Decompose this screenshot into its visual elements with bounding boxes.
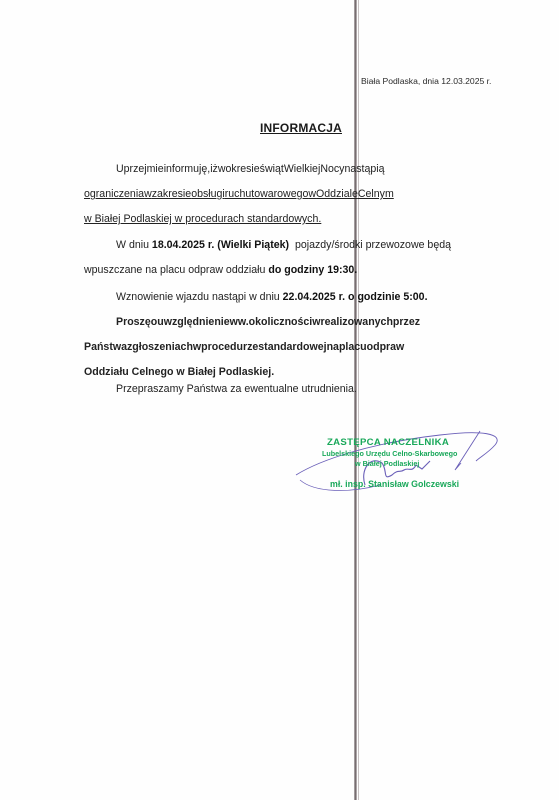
paragraph1-line1: Uprzejmieinformuję,iżwokresieświątWielki…	[84, 157, 487, 182]
word: Wielkiej	[284, 163, 321, 175]
document-title: INFORMACJA	[0, 121, 559, 135]
closing-time: do godziny 19:30.	[268, 264, 357, 276]
paragraph5-line1: Przepraszamy Państwa za ewentualne utrud…	[84, 377, 487, 402]
word: realizowanych	[321, 316, 393, 328]
document-page: Biała Podlaska, dnia 12.03.2025 r. INFOR…	[0, 0, 559, 800]
word: informuję,	[164, 163, 211, 175]
stamp-organization: Lubelskiego Urzędu Celno-Skarbowego	[322, 449, 457, 458]
word: ruchu	[225, 188, 252, 200]
stamp-city: w Białej Podlaskiej	[355, 459, 419, 468]
paragraph1-line3: w Białej Podlaskiej w procedurach standa…	[84, 207, 321, 232]
word: Państwa	[84, 341, 127, 353]
paragraph-friday-hours: W dniu 18.04.2025 r. (Wielki Piątek) poj…	[84, 233, 487, 283]
friday-date: 18.04.2025 r. (Wielki Piątek)	[152, 239, 289, 251]
paragraph1-line2: ograniczeniawzakresieobsługiruchutowarow…	[84, 182, 487, 207]
word: Celnym	[358, 188, 394, 200]
word: zgłoszeniach	[127, 341, 193, 353]
word: placu	[339, 341, 367, 353]
word: nastąpią	[344, 163, 384, 175]
word: obsługi	[191, 188, 225, 200]
paragraph-request: Proszęouwzględnienieww.okolicznościwreal…	[84, 310, 487, 385]
word: standardowej	[258, 341, 326, 353]
word: przez	[393, 316, 420, 328]
paragraph-resumption: Wznowienie wjazdu nastąpi w dniu 22.04.2…	[84, 285, 487, 310]
paragraph3-line1: Wznowienie wjazdu nastąpi w dniu 22.04.2…	[84, 285, 487, 310]
word: w	[218, 163, 226, 175]
paragraph2-line1: W dniu 18.04.2025 r. (Wielki Piątek) poj…	[84, 233, 487, 258]
word: okresie	[226, 163, 260, 175]
place-date: Biała Podlaska, dnia 12.03.2025 r.	[361, 76, 491, 86]
paragraph-easter-restrictions: Uprzejmieinformuję,iżwokresieświątWielki…	[84, 157, 487, 232]
word: procedurze	[201, 341, 258, 353]
word: na	[327, 341, 339, 353]
word: towarowego	[251, 188, 308, 200]
word: okoliczności	[249, 316, 313, 328]
word: ww.	[230, 316, 249, 328]
word: iż	[210, 163, 218, 175]
paragraph2-line2: wpuszczane na placu odpraw oddziału do g…	[84, 258, 487, 283]
word: Proszę	[116, 316, 151, 328]
word: w	[144, 188, 152, 200]
resumption-datetime: 22.04.2025 r. o godzinie 5:00.	[283, 291, 428, 303]
paragraph4-line1: Proszęouwzględnienieww.okolicznościwreal…	[84, 310, 487, 335]
word: zakresie	[152, 188, 191, 200]
word: w	[308, 188, 316, 200]
word: ograniczenia	[84, 188, 144, 200]
word: Oddziale	[316, 188, 358, 200]
word: świąt	[260, 163, 284, 175]
word: w	[193, 341, 201, 353]
word: odpraw	[367, 341, 405, 353]
word: Nocy	[320, 163, 344, 175]
paragraph4-line2: Państwazgłoszeniachwprocedurzestandardow…	[84, 335, 487, 360]
paragraph-apology: Przepraszamy Państwa za ewentualne utrud…	[84, 377, 487, 402]
stamp-signatory-name: mł. insp. Stanisław Golczewski	[330, 479, 459, 489]
word: Uprzejmie	[116, 163, 164, 175]
word: uwzględnienie	[157, 316, 229, 328]
word: w	[312, 316, 320, 328]
stamp-title: ZASTĘPCA NACZELNIKA	[327, 437, 449, 448]
